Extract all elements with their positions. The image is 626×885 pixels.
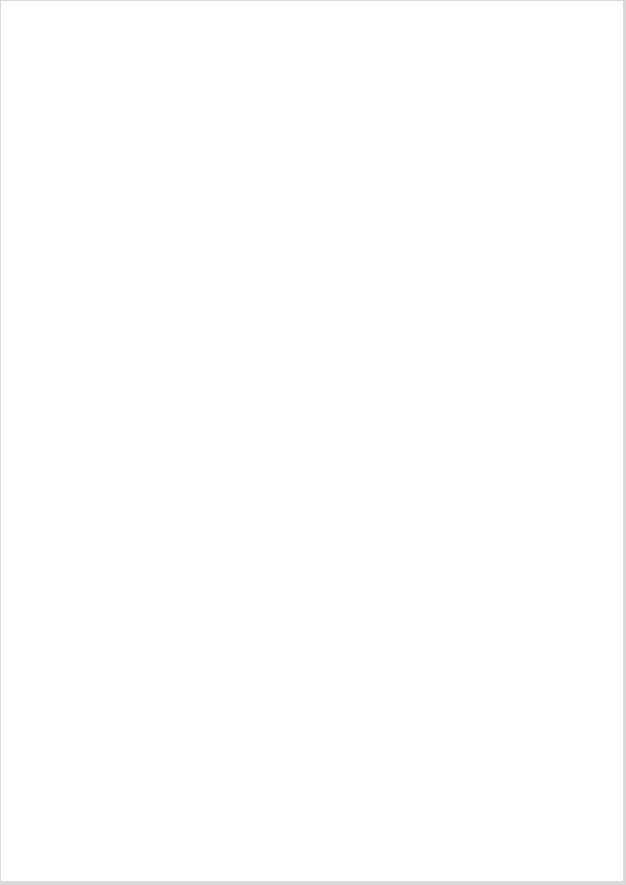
- heading-c422: [61, 344, 71, 355]
- heading-c415: [61, 200, 71, 211]
- document-page: [1, 1, 623, 881]
- legend-item-wcr: [81, 138, 107, 151]
- legend-item-a: [81, 174, 107, 187]
- heading-c421: [61, 294, 71, 305]
- legend-item-w: [81, 156, 107, 169]
- heading-c42: [61, 269, 71, 280]
